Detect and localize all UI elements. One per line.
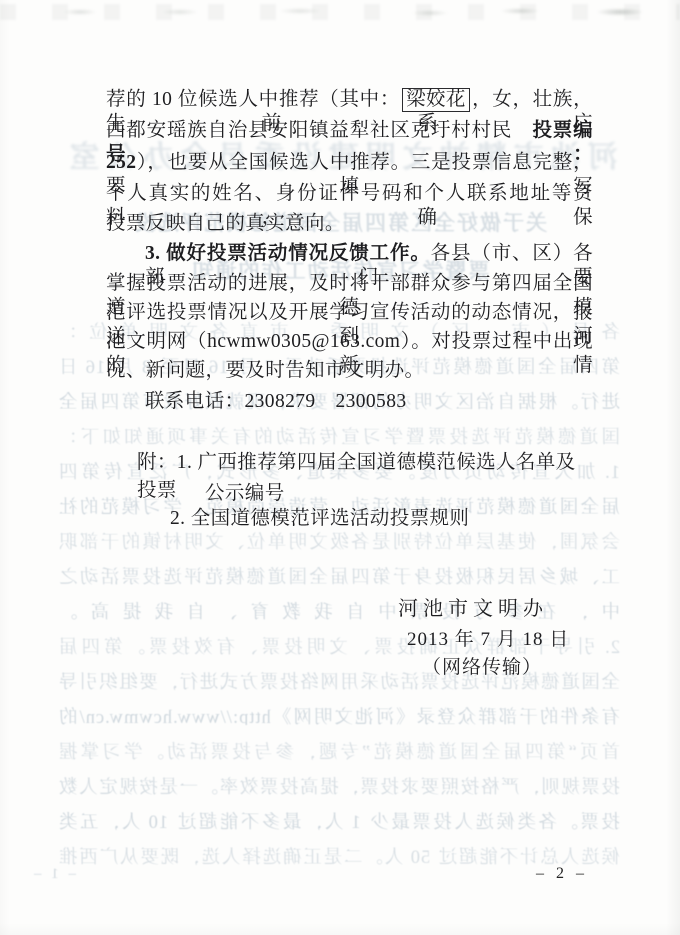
contact-phone-line: 联系电话：2308279 2300583 (106, 390, 593, 416)
body-line-8: 范评选投票情况以及开展学习宣传活动的动态情况，报送到河 (106, 301, 593, 327)
body-line-3: 252），也要从全国候选人中推荐。三是投票信息完整，要填写 (106, 151, 593, 177)
transmission-note: （网络传输） (422, 652, 542, 679)
boxed-candidate-name: 梁姣花 (402, 88, 470, 112)
signature-date: 2013 年 7 月 18 日 (407, 624, 569, 651)
body-line-5: 投票反映自己的真实意向。 (106, 212, 593, 238)
vote-number-value: 252 (106, 152, 136, 173)
section3-heading: 3. 做好投票活动情况反馈工作。 (145, 243, 431, 264)
line2-text: 西都安瑶族自治县安阳镇益犁社区克圩村村民 (106, 120, 532, 141)
attachment-line-3: 2. 全国道德模范评选活动投票规则 (170, 502, 469, 530)
document-body: 荐的 10 位候选人中推荐（其中：梁姣花，女，壮族，生前系广 西都安瑶族自治县安… (0, 0, 680, 935)
line9-text-a: 池文明网（ (106, 331, 207, 352)
body-line-2: 西都安瑶族自治县安阳镇益犁社区克圩村村民 投票编号： (106, 119, 593, 145)
scanned-document-page: 河池市精神文明建设委员会办公室 关于做好全区第四届全国道德模范评选投 票暨学习宣… (0, 0, 680, 935)
body-line-4: 个人真实的姓名、身份证件号码和个人联系地址等资料，确保 (106, 182, 593, 208)
body-line-10: 况、新问题，要及时告知市文明办。 (106, 359, 593, 385)
signature-organization: 河池市文明办 (398, 592, 548, 621)
line1-text-a: 荐的 10 位候选人中推荐（其中： (106, 89, 400, 110)
body-line-1: 荐的 10 位候选人中推荐（其中：梁姣花，女，壮族，生前系广 (106, 88, 593, 114)
attachment-line-2: 公示编号 (205, 477, 285, 505)
email-address: hcwmw0305@163.com (207, 331, 400, 352)
body-line-9: 池文明网（hcwmw0305@163.com）。对投票过程中出现的新情 (106, 330, 593, 356)
page-number: – 2 – (536, 865, 588, 883)
body-line-6: 3. 做好投票活动情况反馈工作。各县（市、区）各部门要 (106, 242, 593, 268)
body-line-7: 掌握投票活动的进展，及时将干部群众参与第四届全国道德模 (106, 272, 593, 298)
